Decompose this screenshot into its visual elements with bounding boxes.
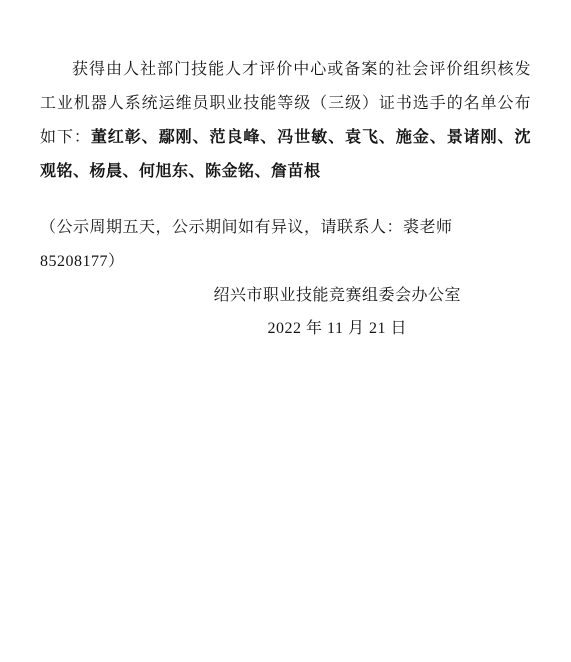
issuer-name: 绍兴市职业技能竞赛组委会办公室 (213, 279, 461, 312)
document-page: 获得由人社部门技能人才评价中心或备案的社会评价组织核发工业机器人系统运维员职业技… (0, 0, 571, 662)
closing-inner: 绍兴市职业技能竞赛组委会办公室 2022 年 11 月 21 日 (213, 279, 461, 345)
announcement-paragraph: 获得由人社部门技能人才评价中心或备案的社会评价组织核发工业机器人系统运维员职业技… (40, 53, 531, 189)
document-content: 获得由人社部门技能人才评价中心或备案的社会评价组织核发工业机器人系统运维员职业技… (0, 0, 571, 345)
document-date: 2022 年 11 月 21 日 (213, 312, 461, 345)
public-notice-contact-line: （公示周期五天，公示期间如有异议，请联系人：裘老师 85208177） (40, 211, 531, 279)
winner-names-list: 董红彰、鄢刚、范良峰、冯世敏、袁飞、施金、景诸刚、沈观铭、杨晨、何旭东、陈金铭、… (40, 129, 531, 180)
closing-block: 绍兴市职业技能竞赛组委会办公室 2022 年 11 月 21 日 (40, 279, 531, 345)
